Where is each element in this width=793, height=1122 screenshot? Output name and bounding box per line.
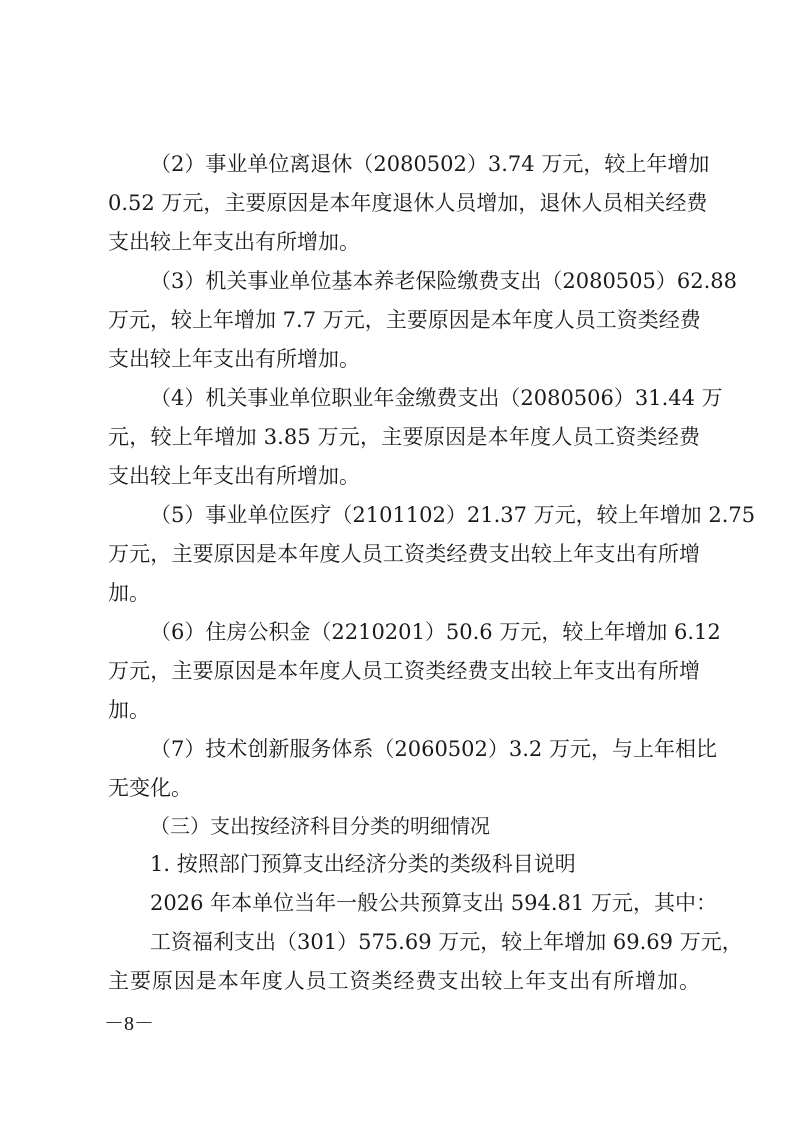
- item-2-line-1: （2）事业单位离退休（2080502）3.74 万元，较上年增加: [150, 150, 700, 178]
- subsection-heading: 1. 按照部门预算支出经济分类的类级科目说明: [150, 850, 700, 878]
- item-5-line-1: （5）事业单位医疗（2101102）21.37 万元，较上年增加 2.75: [150, 501, 700, 529]
- item-5-line-3: 加。: [108, 579, 700, 607]
- item-6-line-1: （6）住房公积金（2210201）50.6 万元，较上年增加 6.12: [150, 618, 700, 646]
- item-6-line-3: 加。: [108, 696, 700, 724]
- item-5-line-2: 万元，主要原因是本年度人员工资类经费支出较上年支出有所增: [108, 540, 700, 568]
- item-6-line-2: 万元，主要原因是本年度人员工资类经费支出较上年支出有所增: [108, 657, 700, 685]
- item-3-line-3: 支出较上年支出有所增加。: [108, 345, 700, 373]
- section-heading: （三）支出按经济科目分类的明细情况: [150, 812, 700, 840]
- item-4-line-2: 元，较上年增加 3.85 万元，主要原因是本年度人员工资类经费: [108, 423, 700, 451]
- wage-item-line-1: 工资福利支出（301）575.69 万元，较上年增加 69.69 万元，: [150, 928, 700, 956]
- summary-line: 2026 年本单位当年一般公共预算支出 594.81 万元，其中：: [150, 889, 700, 917]
- document-page: （2）事业单位离退休（2080502）3.74 万元，较上年增加 0.52 万元…: [0, 0, 793, 1122]
- item-7-line-2: 无变化。: [108, 774, 700, 802]
- item-4-line-3: 支出较上年支出有所增加。: [108, 462, 700, 490]
- item-7-line-1: （7）技术创新服务体系（2060502）3.2 万元，与上年相比: [150, 735, 700, 763]
- item-4-line-1: （4）机关事业单位职业年金缴费支出（2080506）31.44 万: [150, 384, 700, 412]
- wage-item-line-2: 主要原因是本年度人员工资类经费支出较上年支出有所增加。: [108, 967, 700, 995]
- item-2-line-2: 0.52 万元，主要原因是本年度退休人员增加，退休人员相关经费: [108, 189, 700, 217]
- item-2-line-3: 支出较上年支出有所增加。: [108, 228, 700, 256]
- page-number: －8－: [104, 1012, 154, 1036]
- item-3-line-1: （3）机关事业单位基本养老保险缴费支出（2080505）62.88: [150, 267, 700, 295]
- item-3-line-2: 万元，较上年增加 7.7 万元，主要原因是本年度人员工资类经费: [108, 306, 700, 334]
